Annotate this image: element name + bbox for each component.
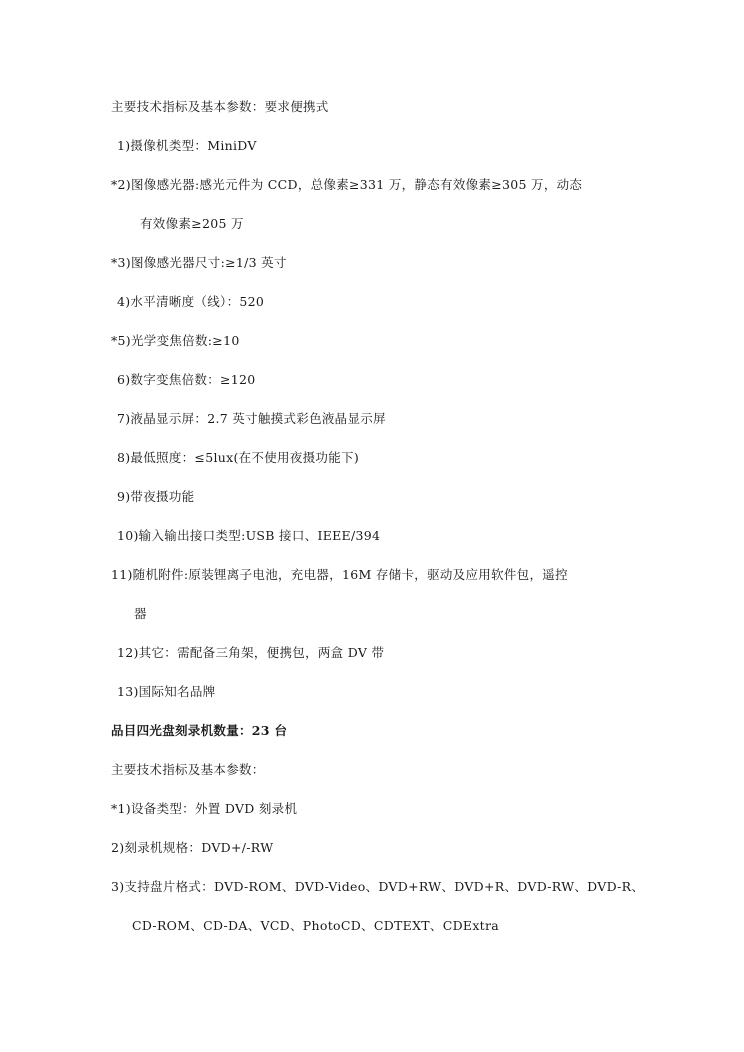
spec-item: *5)光学变焦倍数:≥10 (111, 333, 240, 349)
spec-item: 8)最低照度：≤5lux(在不使用夜摄功能下) (117, 450, 359, 466)
spec-item: 3)支持盘片格式：DVD-ROM、DVD-Video、DVD+RW、DVD+R、… (111, 879, 644, 895)
spec-item-continuation: 有效像素≥205 万 (140, 216, 244, 232)
spec-item: 2)刻录机规格：DVD+/-RW (111, 840, 273, 856)
spec-item-continuation: CD-ROM、CD-DA、VCD、PhotoCD、CDTEXT、CDExtra (132, 918, 499, 934)
section2-intro: 主要技术指标及基本参数： (111, 762, 265, 778)
document-page: 主要技术指标及基本参数：要求便携式 1)摄像机类型：MiniDV *2)图像感光… (0, 0, 744, 1052)
spec-item: 1)摄像机类型：MiniDV (117, 138, 257, 154)
spec-item: 10)输入输出接口类型:USB 接口、IEEE/394 (117, 528, 380, 544)
spec-item: 12)其它：需配备三角架，便携包，两盒 DV 带 (117, 645, 384, 661)
spec-item: *2)图像感光器:感光元件为 CCD，总像素≥331 万，静态有效像素≥305 … (111, 177, 582, 193)
spec-item: 9)带夜摄功能 (117, 489, 194, 505)
spec-item-continuation: 器 (134, 606, 147, 622)
spec-item: *3)图像感光器尺寸:≥1/3 英寸 (111, 255, 287, 271)
spec-item: 6)数字变焦倍数：≥120 (117, 372, 256, 388)
spec-item: *1)设备类型：外置 DVD 刻录机 (111, 801, 297, 817)
spec-item: 4)水平清晰度（线）：520 (117, 294, 264, 310)
spec-item: 7)液晶显示屏：2.7 英寸触摸式彩色液晶显示屏 (117, 411, 386, 427)
section1-intro: 主要技术指标及基本参数：要求便携式 (111, 99, 329, 115)
spec-item: 13)国际知名品牌 (117, 684, 215, 700)
section2-heading: 品目四光盘刻录机数量：23 台 (111, 723, 287, 739)
spec-item: 11)随机附件:原装锂离子电池，充电器，16M 存储卡，驱动及应用软件包，遥控 (111, 567, 568, 583)
